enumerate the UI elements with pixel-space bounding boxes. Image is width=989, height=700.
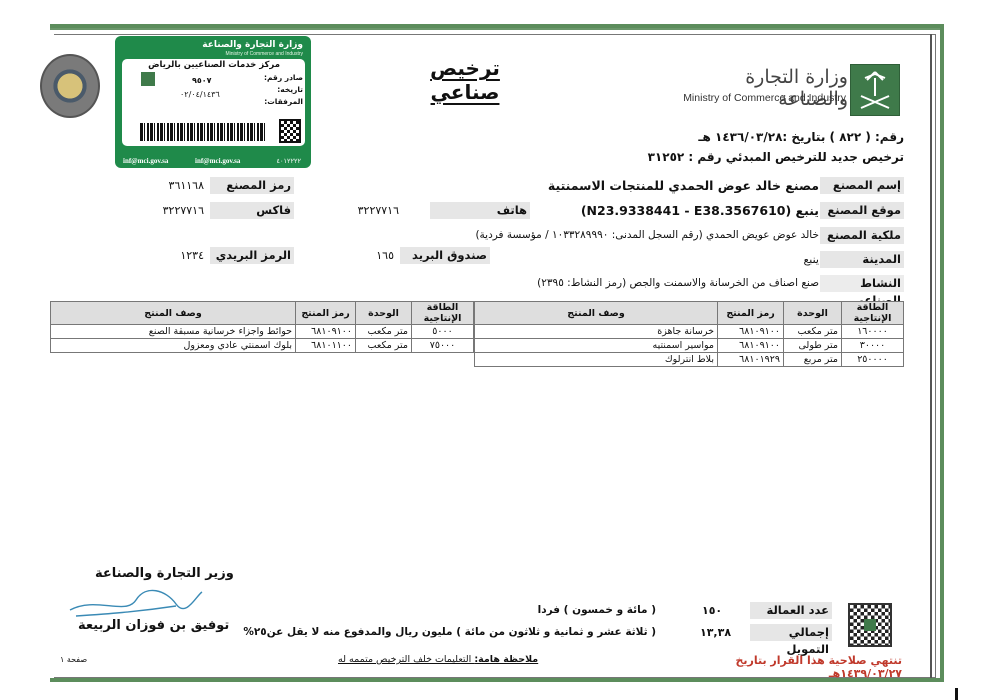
signature-icon	[66, 586, 206, 620]
note-label: ملاحظة هامة:	[474, 654, 538, 665]
phone-label: هاتف	[430, 202, 530, 219]
header-code: رمز المنتج	[718, 302, 784, 325]
ownership-label: ملكية المصنع	[820, 227, 904, 244]
page-number: صفحة ١	[60, 655, 87, 664]
postal-code-label: الرمز البريدي	[210, 247, 294, 264]
table-header-row: الطاقة الإنتاجية الوحدة رمز المنتج وصف ا…	[51, 302, 474, 325]
document-title: ترخيص صناعي	[395, 56, 535, 104]
cell-unit: متر مكعب	[784, 325, 842, 339]
cell-code: ٦٨١٠٩١٠٠	[296, 325, 356, 339]
qr-code-icon	[279, 119, 301, 143]
header-description: وصف المنتج	[51, 302, 296, 325]
stamp-emblem-icon	[140, 71, 156, 87]
fax-value: ٣٢٢٧٧١٦	[163, 202, 204, 219]
funding-value: ١٣,٣٨	[700, 624, 731, 641]
header-capacity: الطاقة الإنتاجية	[412, 302, 474, 325]
cell-capacity: ٧٥٠٠٠	[412, 339, 474, 353]
header-capacity: الطاقة الإنتاجية	[842, 302, 904, 325]
workers-label: عدد العمالة	[750, 602, 832, 619]
cell-capacity: ١٦٠٠٠٠	[842, 325, 904, 339]
cell-description: بلوك اسمنتي عادي ومعزول	[51, 339, 296, 353]
factory-code-label: رمز المصنع	[210, 177, 294, 194]
postal-code-value: ١٢٣٤	[180, 247, 204, 264]
table-row: ٥٠٠٠ متر مكعب ٦٨١٠٩١٠٠ حوائط واجزاء خرسا…	[51, 325, 474, 339]
ownership-value: خالد عوض عويض الحمدي (رقم السجل المدنى: …	[475, 227, 819, 244]
city-value: ينبع	[803, 251, 819, 268]
gcc-seal-icon	[40, 54, 100, 118]
stamp-label-date: تاريخه:	[264, 84, 303, 96]
signer-title: وزير التجارة والصناعة	[95, 566, 234, 581]
cell-unit: متر مكعب	[356, 325, 412, 339]
factory-name: مصنع خالد عوض الحمدي للمنتجات الاسمنتية	[548, 177, 819, 194]
header-description: وصف المنتج	[475, 302, 718, 325]
cell-capacity: ٣٠٠٠٠	[842, 339, 904, 353]
cell-capacity: ٥٠٠٠	[412, 325, 474, 339]
saudi-emblem-icon	[850, 64, 900, 116]
location-label: موقع المصنع	[820, 202, 904, 219]
note-text: التعليمات خلف الترخيص متممه له	[338, 654, 474, 665]
stamp-label-attachments: المرفقات:	[264, 96, 303, 108]
cell-unit: متر مربع	[784, 353, 842, 367]
city-label: المدينة	[820, 251, 904, 268]
barcode-icon	[140, 123, 266, 141]
header-unit: الوحدة	[784, 302, 842, 325]
funding-label: إجمالي التمويل	[750, 624, 832, 641]
signer-name: توفيق بن فوزان الربيعة	[78, 618, 229, 633]
workers-value: ١٥٠	[702, 602, 722, 619]
pobox-value: ١٦٥	[376, 247, 394, 264]
cell-description: مواسير اسمنتيه	[475, 339, 718, 353]
table-header-row: الطاقة الإنتاجية الوحدة رمز المنتج وصف ا…	[475, 302, 904, 325]
stamp-code: ٤٠١٢٢٢٢	[277, 157, 301, 165]
products-table-right: الطاقة الإنتاجية الوحدة رمز المنتج وصف ا…	[474, 301, 904, 367]
stamp-email: inf@mci.gov.sa	[195, 157, 240, 165]
ministry-name-en: Ministry of Commerce and Industry	[674, 92, 846, 104]
stamp-email: inf@mci.gov.sa	[123, 157, 168, 165]
table-row: ١٦٠٠٠٠ متر مكعب ٦٨١٠٩١٠٠ خرسانة جاهزة	[475, 325, 904, 339]
stamp-date: ٠٢/٠٤/١٤٣٦	[180, 90, 220, 99]
stamp-labels: صادر رقم: تاريخه: المرفقات:	[264, 72, 303, 108]
cell-description: حوائط واجزاء خرسانية مسبقة الصنع	[51, 325, 296, 339]
factory-code: ٣٦١١٦٨	[169, 177, 204, 194]
stamp-center-name: مركز خدمات الصناعيين بالرياض	[140, 60, 280, 70]
pobox-label: صندوق البريد	[400, 247, 490, 264]
issuance-stamp-card: وزارة التجارة والصناعة Ministry of Comme…	[115, 36, 311, 168]
activity-label: النشاط الصناعي	[820, 275, 904, 292]
cell-unit: متر طولى	[784, 339, 842, 353]
stamp-ministry-ar: وزارة التجارة والصناعة	[202, 40, 303, 50]
initial-license-line: ترخيص جديد للترخيص المبدئي رقم : ٣١٢٥٢	[648, 150, 904, 164]
cell-code: ٦٨١٠٩١٠٠	[718, 339, 784, 353]
important-note: ملاحظة هامة: التعليمات خلف الترخيص متممه…	[338, 654, 538, 665]
stamp-label-number: صادر رقم:	[264, 72, 303, 84]
fax-label: فاكس	[210, 202, 294, 219]
header-unit: الوحدة	[356, 302, 412, 325]
cell-unit: متر مكعب	[356, 339, 412, 353]
activity-value: صنع اصناف من الخرسانة والاسمنت والجص (رم…	[537, 275, 819, 292]
cell-description: بلاط انترلوك	[475, 353, 718, 367]
stamp-ministry-en: Ministry of Commerce and Industry	[225, 51, 303, 57]
cell-code: ٦٨١٠١٩٢٩	[718, 353, 784, 367]
factory-name-label: إسم المصنع	[820, 177, 904, 194]
cell-description: خرسانة جاهزة	[475, 325, 718, 339]
cell-capacity: ٢٥٠٠٠٠	[842, 353, 904, 367]
license-number-line: رقم: ( ٨٢٢ ) بتاريخ :١٤٣٦/٠٣/٢٨ هـ	[698, 130, 904, 144]
document-border-line	[930, 34, 932, 678]
qr-code-icon	[848, 603, 892, 647]
workers-words: ( مائة و خمسون ) فردا	[538, 602, 656, 619]
funding-words: ( ثلاثة عشر و ثمانية و ثلاثون من مائة ) …	[243, 624, 656, 641]
text-cursor	[955, 688, 958, 700]
phone-value: ٣٢٢٧٧١٦	[358, 202, 399, 219]
factory-location: ينبع (N23.9338441 - E38.3567610)	[581, 202, 819, 219]
cell-code: ٦٨١٠١١٠٠	[296, 339, 356, 353]
table-row: ٣٠٠٠٠ متر طولى ٦٨١٠٩١٠٠ مواسير اسمنتيه	[475, 339, 904, 353]
stamp-number: ٩٥٠٧	[192, 76, 212, 85]
table-row: ٢٥٠٠٠٠ متر مربع ٦٨١٠١٩٢٩ بلاط انترلوك	[475, 353, 904, 367]
expiry-notice: تنتهي صلاحية هذا القرار بتاريخ ١٤٣٩/٠٣/٢…	[676, 654, 902, 680]
products-table-left: الطاقة الإنتاجية الوحدة رمز المنتج وصف ا…	[50, 301, 474, 353]
table-row: ٧٥٠٠٠ متر مكعب ٦٨١٠١١٠٠ بلوك اسمنتي عادي…	[51, 339, 474, 353]
cell-code: ٦٨١٠٩١٠٠	[718, 325, 784, 339]
header-code: رمز المنتج	[296, 302, 356, 325]
